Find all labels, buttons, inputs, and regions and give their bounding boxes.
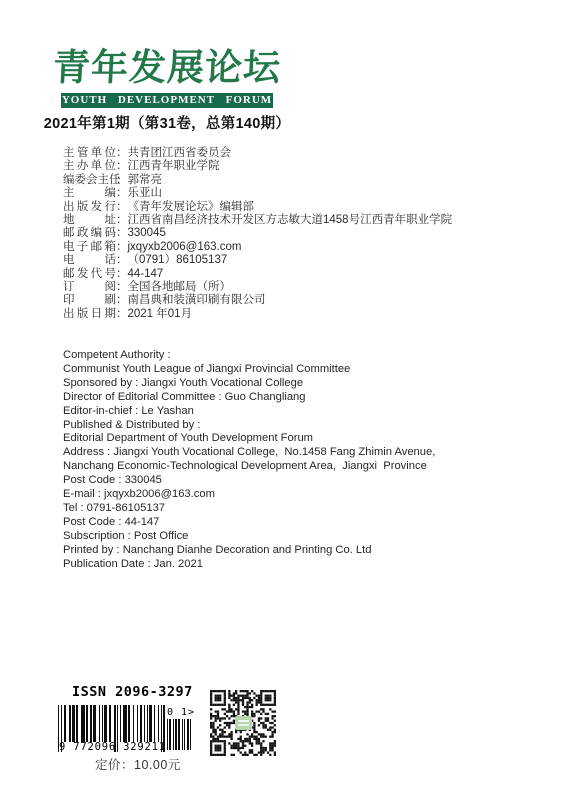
colophon-colon: ： [116, 268, 128, 281]
colophon-english-line: Communist Youth League of Jiangxi Provin… [63, 363, 435, 377]
colophon-value: 江西青年职业学院 [128, 160, 220, 172]
colophon-english-line: Post Code : 330045 [63, 474, 435, 488]
colophon-english-line: Editorial Department of Youth Developmen… [63, 432, 435, 446]
barcode-addon: 0 1> [167, 707, 193, 750]
issue-info: 2021年第1期（第31卷，总第140期） [36, 112, 298, 133]
colophon-value: 44-147 [128, 268, 164, 280]
journal-cover-page: 青年发展论坛 YOUTH DEVELOPMENT FORUM 2021年第1期（… [0, 0, 575, 798]
colophon-colon: ： [116, 187, 128, 200]
qr-code [210, 690, 276, 756]
colophon-english: Competent Authority : Communist Youth Le… [63, 349, 435, 572]
colophon-value: 共青团江西省委员会 [128, 147, 232, 159]
colophon-english-line: Competent Authority : [63, 349, 435, 363]
colophon-label: 出版日期 [63, 308, 116, 321]
colophon-value: 全国各地邮局（所） [128, 281, 232, 293]
colophon-colon: ： [116, 214, 128, 227]
colophon-row: 地址：江西省南昌经济技术开发区方志敏大道1458号江西青年职业学院 [63, 214, 452, 227]
colophon-row: 出版日期：2021 年01月 [63, 308, 452, 321]
colophon-label: 编委会主任 [63, 174, 116, 187]
colophon-english-line: Tel : 0791-86105137 [63, 502, 435, 516]
barcode-addon-digits: 0 1> [167, 707, 193, 718]
colophon-english-line: E-mail : jxqyxb2006@163.com [63, 488, 435, 502]
colophon-colon: ： [116, 147, 128, 160]
colophon-colon: ： [116, 241, 128, 254]
colophon-value: jxqyxb2006@163.com [128, 241, 242, 253]
colophon-label: 邮发代号 [63, 268, 116, 281]
journal-title-calligraphy: 青年发展论坛 [35, 46, 299, 92]
colophon-label: 主办单位 [63, 160, 116, 173]
colophon-english-line: Post Code : 44-147 [63, 516, 435, 530]
colophon-row: 出版发行：《青年发展论坛》编辑部 [63, 201, 452, 214]
colophon-label: 印刷 [63, 294, 116, 307]
journal-title-english: YOUTH DEVELOPMENT FORUM [62, 94, 272, 106]
colophon-colon: ： [116, 160, 128, 173]
barcode-digits: 9 772096 329211 [59, 741, 171, 753]
colophon-colon: ： [116, 308, 128, 321]
colophon-value: 郭常亮 [128, 174, 163, 186]
colophon-value: （0791）86105137 [128, 254, 228, 266]
colophon-label: 订阅 [63, 281, 116, 294]
colophon-label: 电话 [63, 254, 116, 267]
ean-barcode: 9 772096 329211 0 1> [58, 705, 198, 757]
colophon-colon: ： [116, 227, 128, 240]
colophon-value: 乐亚山 [128, 187, 163, 199]
colophon-colon: ： [116, 281, 128, 294]
colophon-english-line: Printed by : Nanchang Dianhe Decoration … [63, 544, 435, 558]
journal-title-banner: YOUTH DEVELOPMENT FORUM [61, 93, 273, 108]
colophon-label: 地址 [63, 214, 116, 227]
colophon-row: 订阅：全国各地邮局（所） [63, 281, 452, 294]
colophon-row: 主编：乐亚山 [63, 187, 452, 200]
colophon-english-line: Subscription : Post Office [63, 530, 435, 544]
price: 定价：10.00元 [95, 755, 181, 773]
colophon-value: 2021 年01月 [128, 308, 193, 320]
colophon-value: 江西省南昌经济技术开发区方志敏大道1458号江西青年职业学院 [128, 214, 453, 226]
colophon-english-line: Director of Editorial Committee : Guo Ch… [63, 391, 435, 405]
colophon-english-line: Editor-in-chief : Le Yashan [63, 405, 435, 419]
colophon-row: 邮发代号：44-147 [63, 268, 452, 281]
qr-center-logo [235, 716, 252, 730]
colophon-row: 编委会主任：郭常亮 [63, 174, 452, 187]
colophon-colon: ： [116, 254, 128, 267]
colophon-colon: ： [116, 294, 128, 307]
colophon-label: 电子邮箱 [63, 241, 116, 254]
colophon-value: 南昌典和装潢印刷有限公司 [128, 294, 266, 306]
issn-number: ISSN 2096-3297 [72, 684, 193, 700]
colophon-row: 电子邮箱：jxqyxb2006@163.com [63, 241, 452, 254]
colophon-row: 电话：（0791）86105137 [63, 254, 452, 267]
colophon-label: 出版发行 [63, 201, 116, 214]
colophon-chinese: 主管单位：共青团江西省委员会 主办单位：江西青年职业学院 编委会主任：郭常亮 主… [63, 147, 452, 321]
colophon-row: 主管单位：共青团江西省委员会 [63, 147, 452, 160]
colophon-colon: ： [116, 201, 128, 214]
colophon-label: 主管单位 [63, 147, 116, 160]
barcode-addon-bars [167, 719, 193, 750]
colophon-english-line: Sponsored by : Jiangxi Youth Vocational … [63, 377, 435, 391]
colophon-english-line: Nanchang Economic-Technological Developm… [63, 460, 435, 474]
colophon-row: 邮政编码：330045 [63, 227, 452, 240]
colophon-english-line: Publication Date : Jan. 2021 [63, 558, 435, 572]
colophon-colon: ： [116, 174, 128, 187]
colophon-english-line: Address : Jiangxi Youth Vocational Colle… [63, 446, 435, 460]
colophon-english-line: Published & Distributed by : [63, 419, 435, 433]
colophon-value: 《青年发展论坛》编辑部 [128, 201, 255, 213]
colophon-value: 330045 [128, 227, 166, 239]
colophon-row: 主办单位：江西青年职业学院 [63, 160, 452, 173]
masthead: 青年发展论坛 YOUTH DEVELOPMENT FORUM 2021年第1期（… [36, 46, 298, 133]
colophon-label: 主编 [63, 187, 116, 200]
colophon-row: 印刷：南昌典和装潢印刷有限公司 [63, 294, 452, 307]
colophon-label: 邮政编码 [63, 227, 116, 240]
